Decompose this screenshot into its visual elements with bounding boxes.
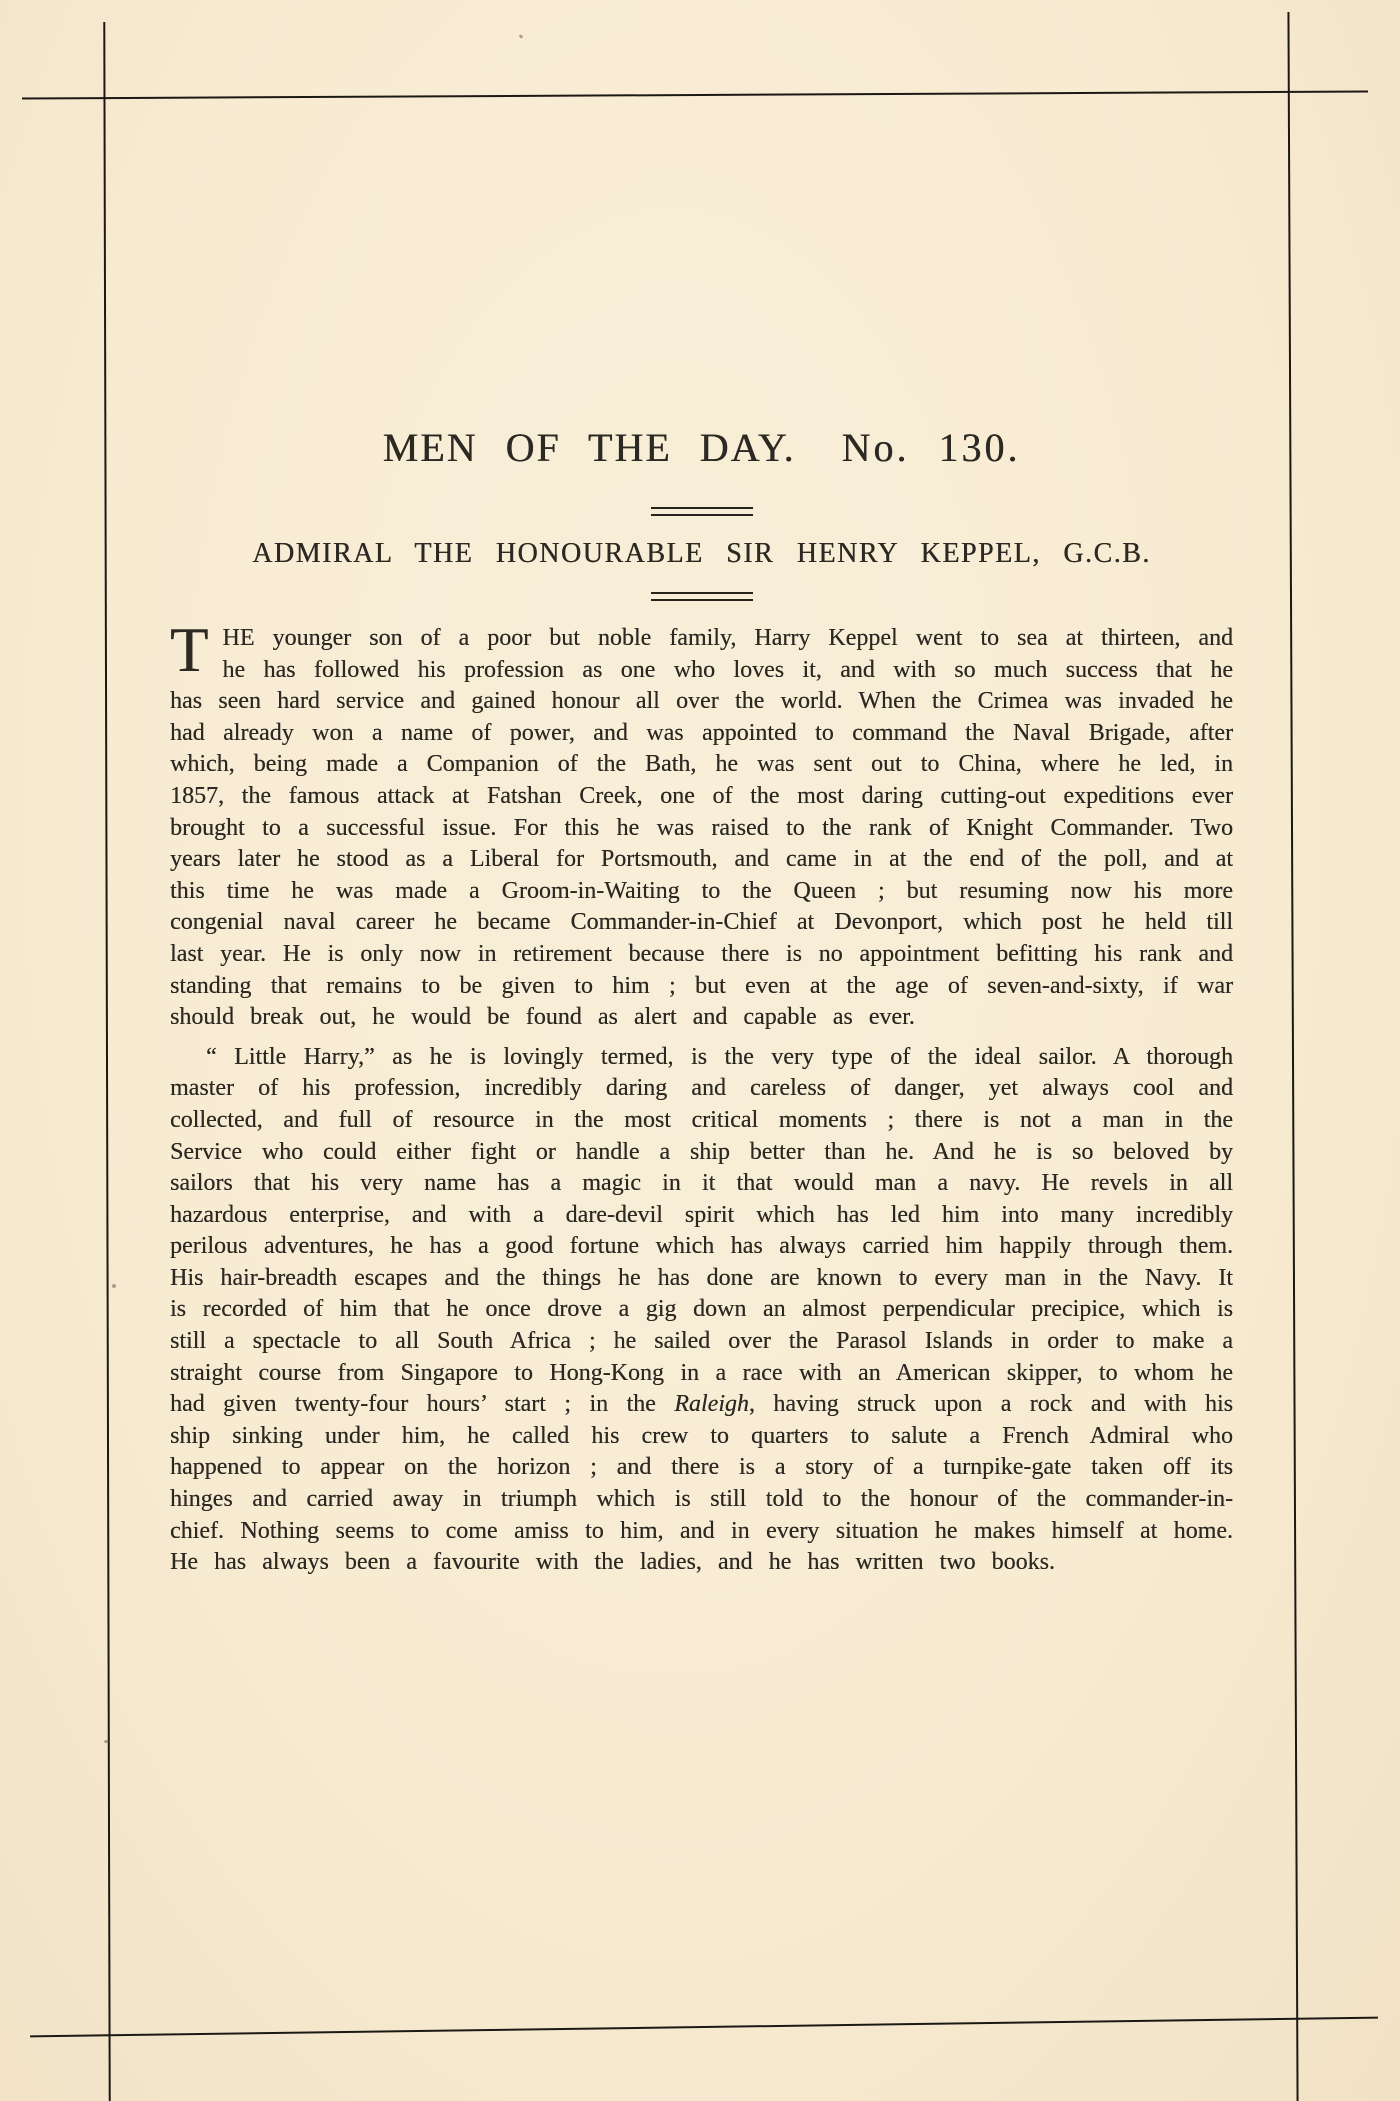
double-rule-divider-bottom (651, 592, 753, 601)
paragraph-2: “ Little Harry,” as he is lovingly terme… (170, 1042, 1233, 1579)
article-title: ADMIRAL THE HONOURABLE SIR HENRY KEPPEL,… (170, 538, 1233, 570)
masthead-title: MEN OF THE DAY. (383, 425, 796, 470)
double-rule-divider-top (651, 507, 753, 516)
issue-number: No. 130. (842, 425, 1021, 470)
paper-speck (519, 34, 524, 39)
paragraph-1-text: younger son of a poor but noble family, … (170, 625, 1233, 1030)
frame-right-rule (1287, 12, 1298, 2101)
paragraph-2-segment-1: “ Little Harry,” as he is lovingly terme… (170, 1044, 1233, 1418)
paragraph-1-lead-in: HE (222, 625, 254, 651)
paragraph-1: THE younger son of a poor but noble fami… (170, 623, 1233, 1034)
drop-cap: T (170, 623, 222, 675)
paper-speck (112, 1284, 116, 1288)
scanned-document-page: MEN OF THE DAY.No. 130. ADMIRAL THE HONO… (0, 0, 1400, 2101)
masthead: MEN OF THE DAY.No. 130. (170, 424, 1233, 471)
frame-left-rule (103, 22, 110, 2101)
article-body: THE younger son of a poor but noble fami… (170, 623, 1233, 1579)
paper-speck (104, 1740, 109, 1743)
paragraph-2-segment-3: , having struck upon a rock and with his… (170, 1391, 1233, 1575)
frame-bottom-rule (30, 2017, 1378, 2038)
ship-name-italic: Raleigh (674, 1391, 749, 1417)
frame-top-rule (22, 90, 1368, 99)
